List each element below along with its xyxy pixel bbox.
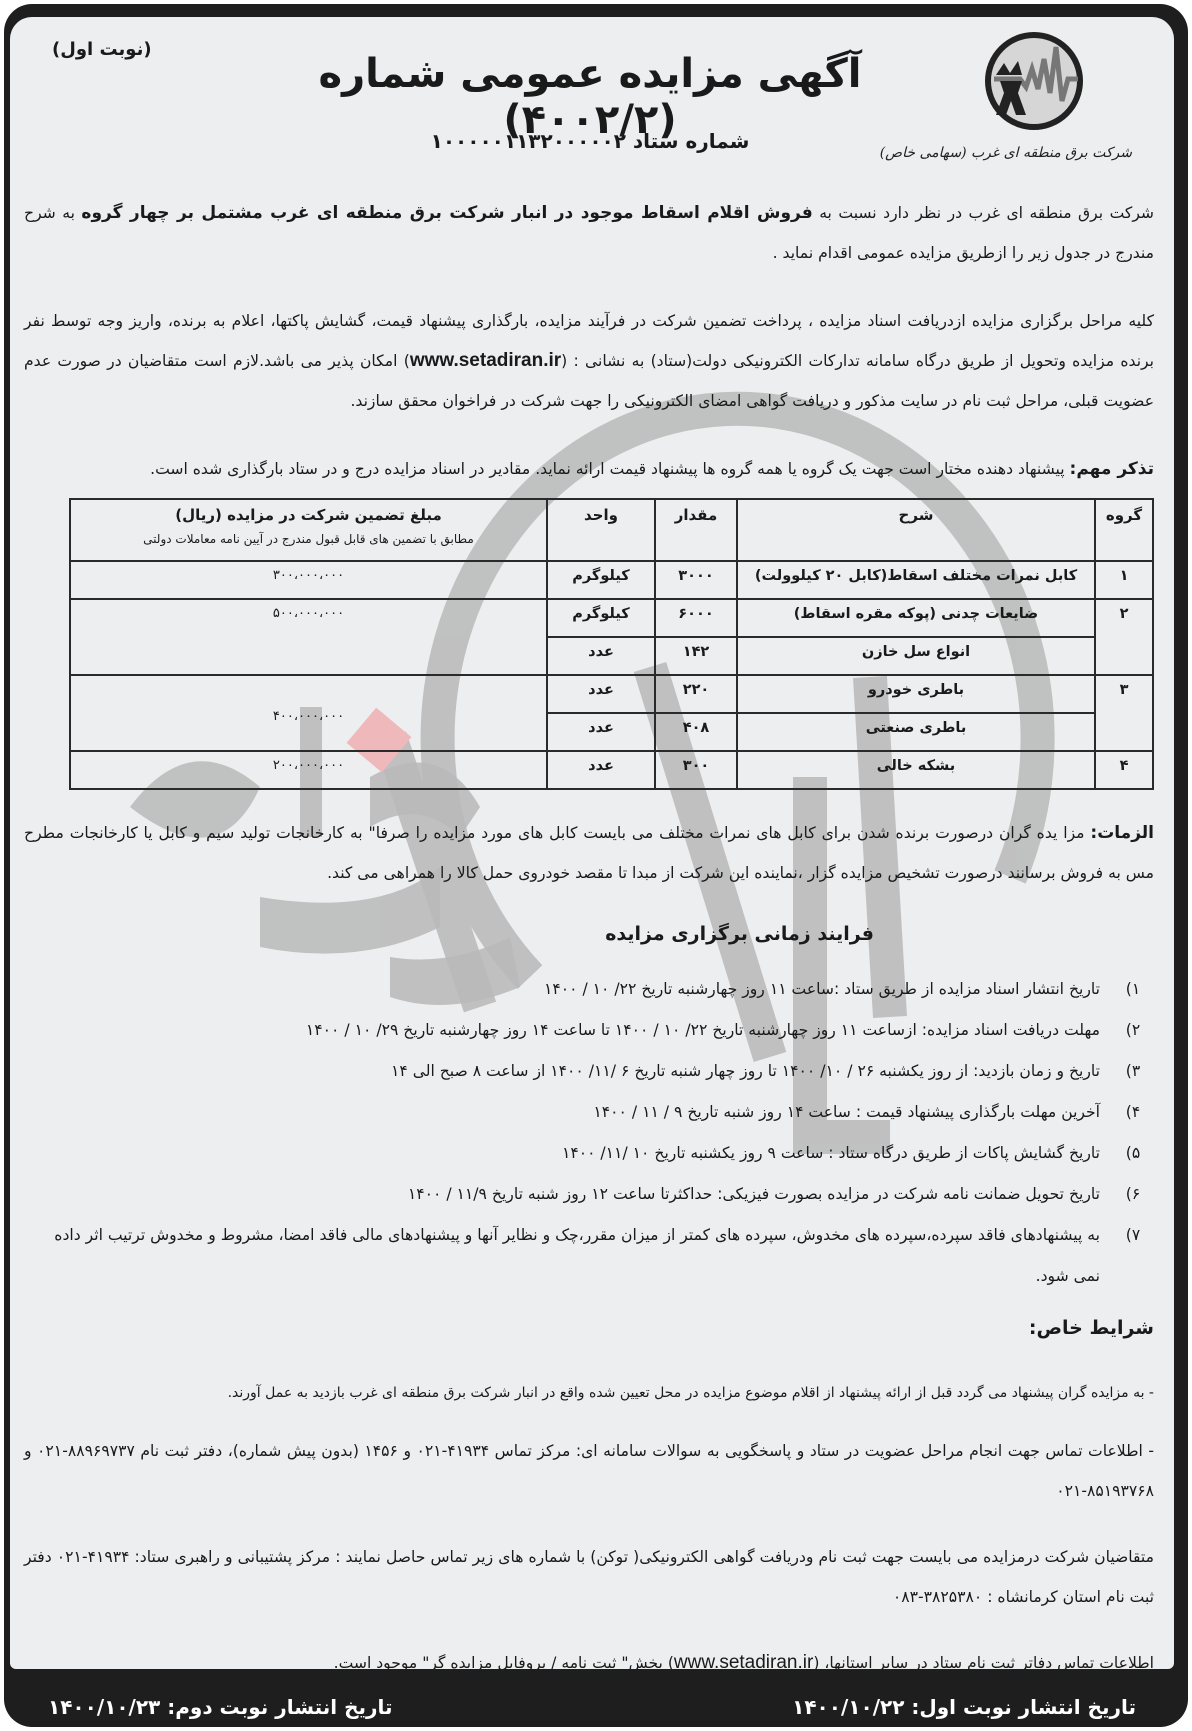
unit-cell: کیلوگرم [547, 561, 655, 599]
company-logo-icon [982, 29, 1086, 133]
list-item: ۲)مهلت دریافت اسناد مزایده: ازساعت ۱۱ رو… [38, 1010, 1148, 1051]
quantity-cell: ۳۰۰ [655, 751, 737, 789]
guarantee-cell: ۵۰۰،۰۰۰،۰۰۰ [70, 599, 547, 675]
list-item: ۵)تاریخ گشایش پاکات از طریق درگاه ستاد :… [38, 1133, 1148, 1174]
guarantee-cell: ۳۰۰،۰۰۰،۰۰۰ [70, 561, 547, 599]
unit-cell: عدد [547, 713, 655, 751]
requirements-paragraph: الزمات: مزا یده گران درصورت برنده شدن بر… [24, 813, 1154, 893]
group-cell: ۴ [1095, 751, 1153, 789]
list-item: ۶)تاریخ تحویل ضمانت نامه شرکت در مزایده … [38, 1174, 1148, 1215]
publication-footer: تاریخ انتشار نوبت اول: ۱۴۰۰/۱۰/۲۲ تاریخ … [0, 1669, 1192, 1727]
table-row: ۳ باطری خودرو ۲۲۰ عدد ۴۰۰،۰۰۰،۰۰۰ [70, 675, 1153, 713]
item-number: ۲) [1118, 1010, 1148, 1051]
auction-notice: شرکت برق منطقه ای غرب (سهامی خاص) (نوبت … [10, 17, 1174, 1669]
setadiran-link[interactable]: www.setadiran.ir [410, 350, 561, 371]
item-number: ۴) [1118, 1092, 1148, 1133]
item-text: تاریخ و زمان بازدید: از روز یکشنبه ۲۶ / … [391, 1062, 1100, 1080]
timeline-list: ۱)تاریخ انتشار اسناد مزایده از طریق ستاد… [38, 969, 1148, 1297]
auction-items-table: گروه شرح مقدار واحد مبلغ تضمین شرکت در م… [69, 498, 1154, 790]
item-text: آخرین مهلت بارگذاری پیشنهاد قیمت : ساعت … [593, 1103, 1100, 1121]
description-cell: کابل نمرات مختلف اسقاط(کابل ۲۰ کیلوولت) [737, 561, 1095, 599]
table-row: ۲ ضایعات چدنی (پوکه مقره اسقاط) ۶۰۰۰ کیل… [70, 599, 1153, 637]
seta-number: شماره ستاد ۱۰۰۰۰۰۱۱۳۲۰۰۰۰۰۲ [260, 129, 920, 153]
unit-cell: عدد [547, 675, 655, 713]
special-conditions-title: شرایط خاص: [1029, 1317, 1154, 1339]
notice-text: پیشنهاد دهنده مختار است جهت یک گروه یا ه… [150, 460, 1069, 478]
table-header-row: گروه شرح مقدار واحد مبلغ تضمین شرکت در م… [70, 499, 1153, 561]
guarantee-note: مطابق با تضمین های قابل قبول مندرج در آی… [75, 532, 542, 546]
table-row: ۴ بشکه خالی ۳۰۰ عدد ۲۰۰،۰۰۰،۰۰۰ [70, 751, 1153, 789]
header-group: گروه [1095, 499, 1153, 561]
item-text: مهلت دریافت اسناد مزایده: ازساعت ۱۱ روز … [306, 1021, 1100, 1039]
group-cell: ۳ [1095, 675, 1153, 751]
guarantee-cell: ۴۰۰،۰۰۰،۰۰۰ [70, 675, 547, 751]
group-cell: ۱ [1095, 561, 1153, 599]
list-item: ۷)به پیشنهادهای فاقد سپرده،سپرده های مخد… [38, 1215, 1148, 1297]
contact-paragraph: - اطلاعات تماس جهت انجام مراحل عضویت در … [24, 1431, 1154, 1511]
procedure-paragraph: کلیه مراحل برگزاری مزایده ازدریافت اسناد… [24, 301, 1154, 421]
description-cell: بشکه خالی [737, 751, 1095, 789]
guarantee-cell: ۲۰۰،۰۰۰،۰۰۰ [70, 751, 547, 789]
list-item: ۴)آخرین مهلت بارگذاری پیشنهاد قیمت : ساع… [38, 1092, 1148, 1133]
second-publication-date: تاریخ انتشار نوبت دوم: ۱۴۰۰/۱۰/۲۳ [48, 1695, 393, 1719]
item-number: ۶) [1118, 1174, 1148, 1215]
header-quantity: مقدار [655, 499, 737, 561]
description-cell: باطری صنعتی [737, 713, 1095, 751]
list-item: ۱)تاریخ انتشار اسناد مزایده از طریق ستاد… [38, 969, 1148, 1010]
requirements-label: الزمات: [1090, 823, 1154, 843]
quantity-cell: ۱۴۲ [655, 637, 737, 675]
description-cell: باطری خودرو [737, 675, 1095, 713]
item-number: ۵) [1118, 1133, 1148, 1174]
unit-cell: عدد [547, 751, 655, 789]
item-text: تاریخ گشایش پاکات از طریق درگاه ستاد : س… [562, 1144, 1100, 1162]
quantity-cell: ۶۰۰۰ [655, 599, 737, 637]
guarantee-label: مبلغ تضمین شرکت در مزایده (ریال) [175, 506, 442, 524]
item-text: به پیشنهادهای فاقد سپرده،سپرده های مخدوش… [54, 1226, 1100, 1285]
first-publication-date: تاریخ انتشار نوبت اول: ۱۴۰۰/۱۰/۲۲ [792, 1695, 1136, 1719]
requirements-text: مزا یده گران درصورت برنده شدن برای کابل … [24, 824, 1154, 882]
intro-paragraph: شرکت برق منطقه ای غرب در نظر دارد نسبت ب… [24, 193, 1154, 273]
setadiran-link[interactable]: www.setadiran.ir [674, 1652, 813, 1669]
item-number: ۱) [1118, 969, 1148, 1010]
header-description: شرح [737, 499, 1095, 561]
token-paragraph: متقاضیان شرکت درمزایده می بایست جهت ثبت … [24, 1537, 1154, 1617]
notice-content: شرکت برق منطقه ای غرب (سهامی خاص) (نوبت … [10, 17, 1174, 1669]
item-number: ۷) [1118, 1215, 1148, 1256]
group-cell: ۲ [1095, 599, 1153, 675]
quantity-cell: ۲۲۰ [655, 675, 737, 713]
list-item: ۳)تاریخ و زمان بازدید: از روز یکشنبه ۲۶ … [38, 1051, 1148, 1092]
item-text: تاریخ انتشار اسناد مزایده از طریق ستاد :… [544, 980, 1100, 998]
visit-paragraph: - به مزایده گران پیشنهاد می گردد قبل از … [24, 1373, 1154, 1413]
header-guarantee: مبلغ تضمین شرکت در مزایده (ریال)مطابق با… [70, 499, 547, 561]
description-cell: انواع سل خازن [737, 637, 1095, 675]
other-provinces-text: اطلاعات تماس دفاتر ثبت نام ستاد در سایر … [813, 1654, 1154, 1669]
quantity-cell: ۴۰۸ [655, 713, 737, 751]
unit-cell: کیلوگرم [547, 599, 655, 637]
timeline-title: فرایند زمانی برگزاری مزایده [605, 923, 874, 945]
intro-bold-text: فروش اقلام اسقاط موجود در انبار شرکت برق… [81, 203, 812, 223]
notice-paragraph: تذکر مهم: پیشنهاد دهنده مختار است جهت یک… [24, 449, 1154, 489]
table-row: ۱ کابل نمرات مختلف اسقاط(کابل ۲۰ کیلوولت… [70, 561, 1153, 599]
item-text: تاریخ تحویل ضمانت نامه شرکت در مزایده بص… [408, 1185, 1100, 1203]
intro-text: شرکت برق منطقه ای غرب در نظر دارد نسبت ب… [813, 204, 1154, 222]
unit-cell: عدد [547, 637, 655, 675]
item-number: ۳) [1118, 1051, 1148, 1092]
description-cell: ضایعات چدنی (پوکه مقره اسقاط) [737, 599, 1095, 637]
header-unit: واحد [547, 499, 655, 561]
other-provinces-text-end: ) بخش" ثبت نامه / پروفایل مزایده گر" موج… [334, 1654, 674, 1669]
quantity-cell: ۳۰۰۰ [655, 561, 737, 599]
notice-label: تذکر مهم: [1070, 459, 1154, 479]
other-provinces-paragraph: اطلاعات تماس دفاتر ثبت نام ستاد در سایر … [24, 1643, 1154, 1669]
round-label: (نوبت اول) [52, 39, 152, 60]
